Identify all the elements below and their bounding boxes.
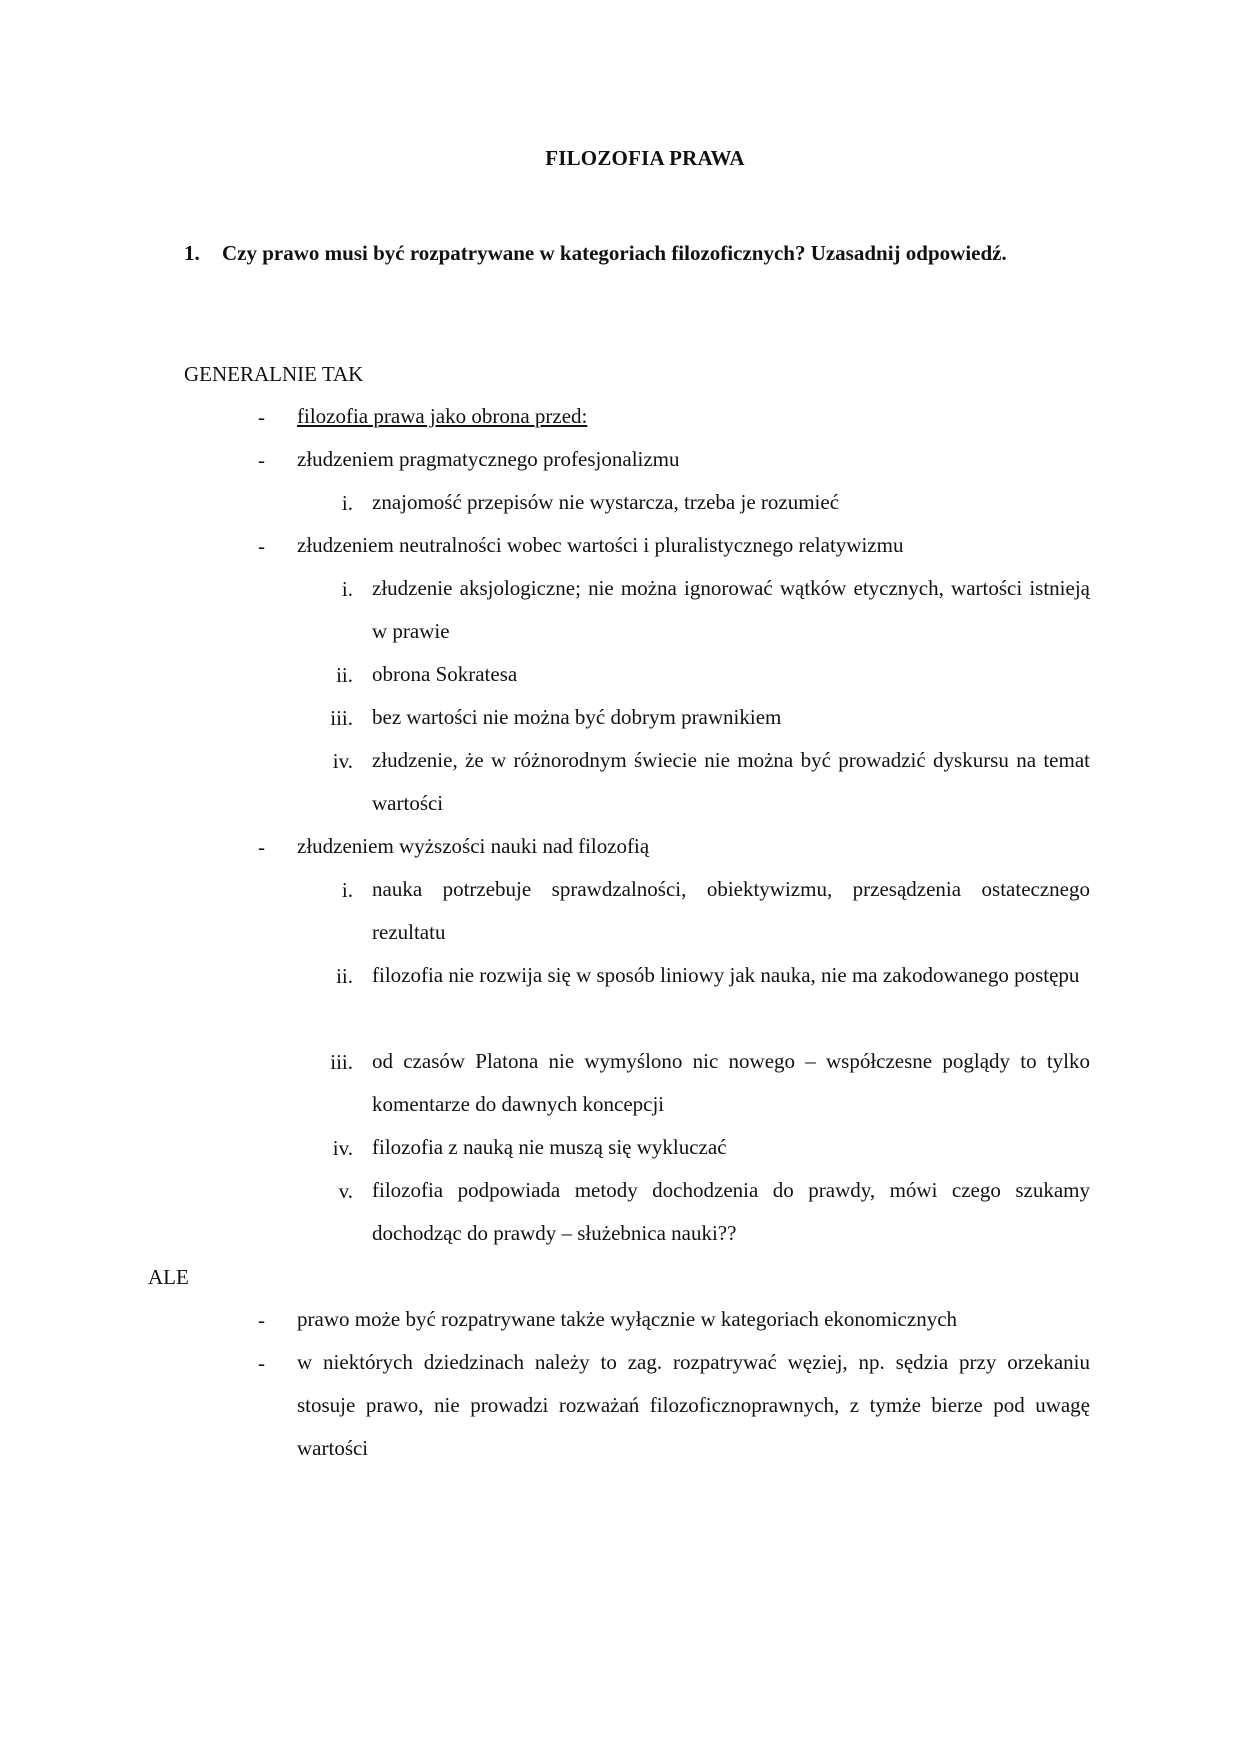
roman-marker: iii. [283,1050,353,1075]
section-heading-but: ALE [148,1265,189,1290]
sub-list-item: od czasów Platona nie wymyślono nic nowe… [372,1040,1090,1126]
roman-marker: i. [283,491,353,516]
roman-marker: iv. [283,749,353,774]
list-item: prawo może być rozpatrywane także wyłącz… [297,1298,1090,1341]
list-item: złudzeniem wyższości nauki nad filozofią [297,825,1090,868]
sub-list-item: nauka potrzebuje sprawdzalności, obiekty… [372,868,1090,954]
sub-list-item: filozofia z nauką nie muszą się wyklucza… [372,1126,1090,1169]
list-item: złudzeniem pragmatycznego profesjonalizm… [297,438,1090,481]
question-number: 1. [184,232,200,275]
bullet-dash: - [258,1308,265,1333]
sub-list-item: obrona Sokratesa [372,653,1090,696]
roman-marker: v. [283,1179,353,1204]
list-item: złudzeniem neutralności wobec wartości i… [297,524,1090,567]
section-heading-yes: GENERALNIE TAK [184,362,363,387]
sub-list-item: znajomość przepisów nie wystarcza, trzeb… [372,481,1090,524]
roman-marker: ii. [283,663,353,688]
sub-list-item: filozofia podpowiada metody dochodzenia … [372,1169,1090,1255]
roman-marker: ii. [283,964,353,989]
bullet-dash: - [258,835,265,860]
bullet-dash: - [258,1351,265,1376]
list-item: w niektórych dziedzinach należy to zag. … [297,1341,1090,1470]
sub-list-item: złudzenie aksjologiczne; nie można ignor… [372,567,1090,653]
sub-list-item: złudzenie, że w różnorodnym świecie nie … [372,739,1090,825]
question-text: Czy prawo musi być rozpatrywane w katego… [222,232,1090,275]
roman-marker: iii. [283,706,353,731]
list-item: filozofia prawa jako obrona przed: [297,395,1090,438]
sub-list-item: filozofia nie rozwija się w sposób linio… [372,954,1090,997]
bullet-dash: - [258,448,265,473]
roman-marker: i. [283,878,353,903]
document-page: FILOZOFIA PRAWA 1. Czy prawo musi być ro… [0,0,1240,1754]
bullet-dash: - [258,405,265,430]
roman-marker: iv. [283,1136,353,1161]
document-title: FILOZOFIA PRAWA [0,146,1240,171]
bullet-dash: - [258,534,265,559]
question-1: 1. Czy prawo musi być rozpatrywane w kat… [184,232,1090,275]
roman-marker: i. [283,577,353,602]
sub-list-item: bez wartości nie można być dobrym prawni… [372,696,1090,739]
